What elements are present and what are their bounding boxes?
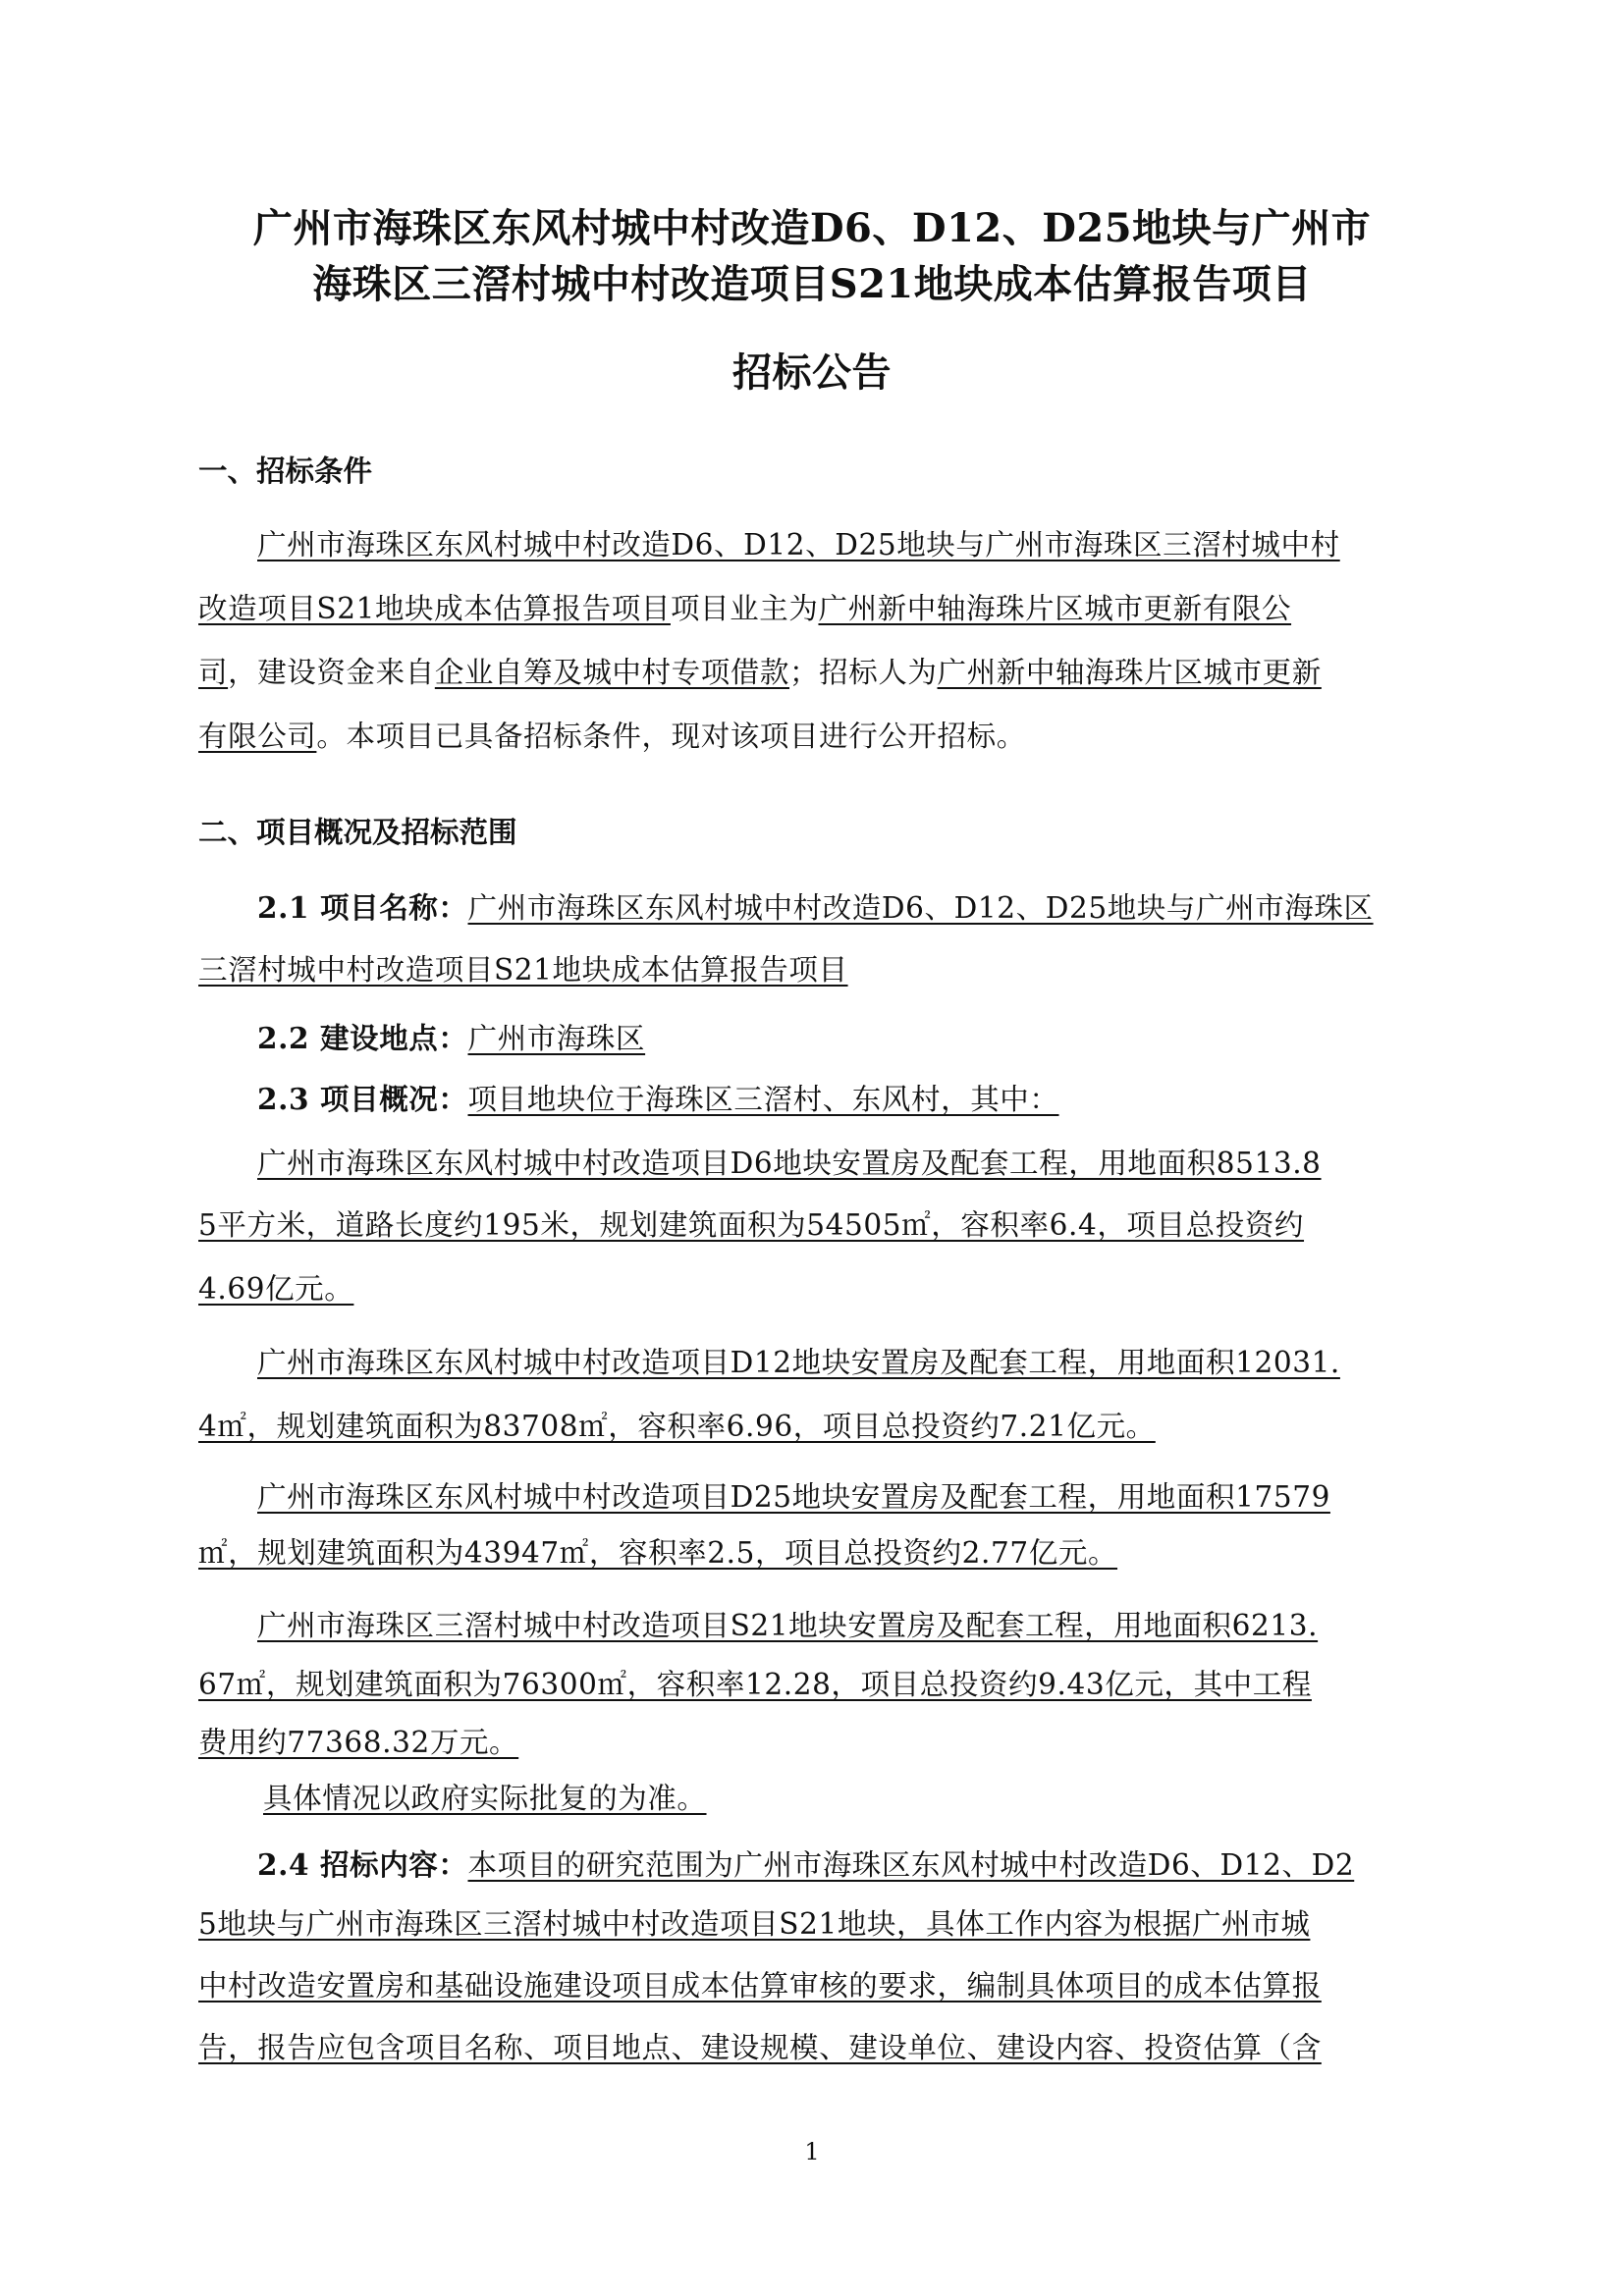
title-subtitle: 招标公告 xyxy=(0,346,1624,400)
text-line: 广州市海珠区东风村城中村改造D6、D12、D25地块与广州市海珠区三滘村城中村 xyxy=(257,525,1340,564)
page-number: 1 xyxy=(0,2138,1624,2165)
d25-line: ㎡，规划建筑面积为43947㎡，容积率2.5，项目总投资约2.77亿元。 xyxy=(198,1533,1117,1573)
d12-line: 广州市海珠区东风村城中村改造项目D12地块安置房及配套工程，用地面积12031. xyxy=(257,1343,1340,1382)
section-1-heading: 一、招标条件 xyxy=(198,452,372,491)
d6-line: 5平方米，道路长度约195米，规划建筑面积为54505㎡，容积率6.4，项目总投… xyxy=(198,1205,1304,1245)
d6-line: 广州市海珠区东风村城中村改造项目D6地块安置房及配套工程，用地面积8513.8 xyxy=(257,1144,1322,1183)
s21-line: 67㎡，规划建筑面积为76300㎡，容积率12.28，项目总投资约9.43亿元，… xyxy=(198,1665,1312,1704)
item-2-4-cont: 中村改造安置房和基础设施建设项目成本估算审核的要求，编制具体项目的成本估算报 xyxy=(198,1966,1322,2005)
text-line: 有限公司。本项目已具备招标条件，现对该项目进行公开招标。 xyxy=(198,717,1026,756)
text-line: 司，建设资金来自企业自筹及城中村专项借款；招标人为广州新中轴海珠片区城市更新 xyxy=(198,653,1322,692)
item-2-4-cont: 告，报告应包含项目名称、项目地点、建设规模、建设单位、建设内容、投资估算（含 xyxy=(198,2028,1322,2067)
item-2-4: 2.4 招标内容：本项目的研究范围为广州市海珠区东风村城中村改造D6、D12、D… xyxy=(257,1845,1354,1885)
s21-line: 费用约77368.32万元。 xyxy=(198,1723,518,1762)
section-2-heading: 二、项目概况及招标范围 xyxy=(198,813,517,852)
s21-line: 广州市海珠区三滘村城中村改造项目S21地块安置房及配套工程，用地面积6213. xyxy=(257,1606,1318,1645)
d25-line: 广州市海珠区东风村城中村改造项目D25地块安置房及配套工程，用地面积17579 xyxy=(257,1477,1330,1517)
item-2-1-cont: 三滘村城中村改造项目S21地块成本估算报告项目 xyxy=(198,950,848,989)
text-line: 改造项目S21地块成本估算报告项目项目业主为广州新中轴海珠片区城市更新有限公 xyxy=(198,589,1291,628)
d12-line: 4㎡，规划建筑面积为83708㎡，容积率6.96，项目总投资约7.21亿元。 xyxy=(198,1407,1156,1446)
title-line-2: 海珠区三滘村城中村改造项目S21地块成本估算报告项目 xyxy=(0,257,1624,312)
title-line-1: 广州市海珠区东风村城中村改造D6、D12、D25地块与广州市 xyxy=(0,201,1624,256)
item-2-2: 2.2 建设地点：广州市海珠区 xyxy=(257,1019,645,1058)
item-2-1: 2.1 项目名称：广州市海珠区东风村城中村改造D6、D12、D25地块与广州市海… xyxy=(257,888,1374,928)
note-line: 具体情况以政府实际批复的为准。 xyxy=(263,1779,707,1818)
item-2-4-cont: 5地块与广州市海珠区三滘村城中村改造项目S21地块，具体工作内容为根据广州市城 xyxy=(198,1904,1310,1944)
d6-line: 4.69亿元。 xyxy=(198,1269,353,1308)
item-2-3: 2.3 项目概况：项目地块位于海珠区三滘村、东风村，其中： xyxy=(257,1080,1059,1119)
